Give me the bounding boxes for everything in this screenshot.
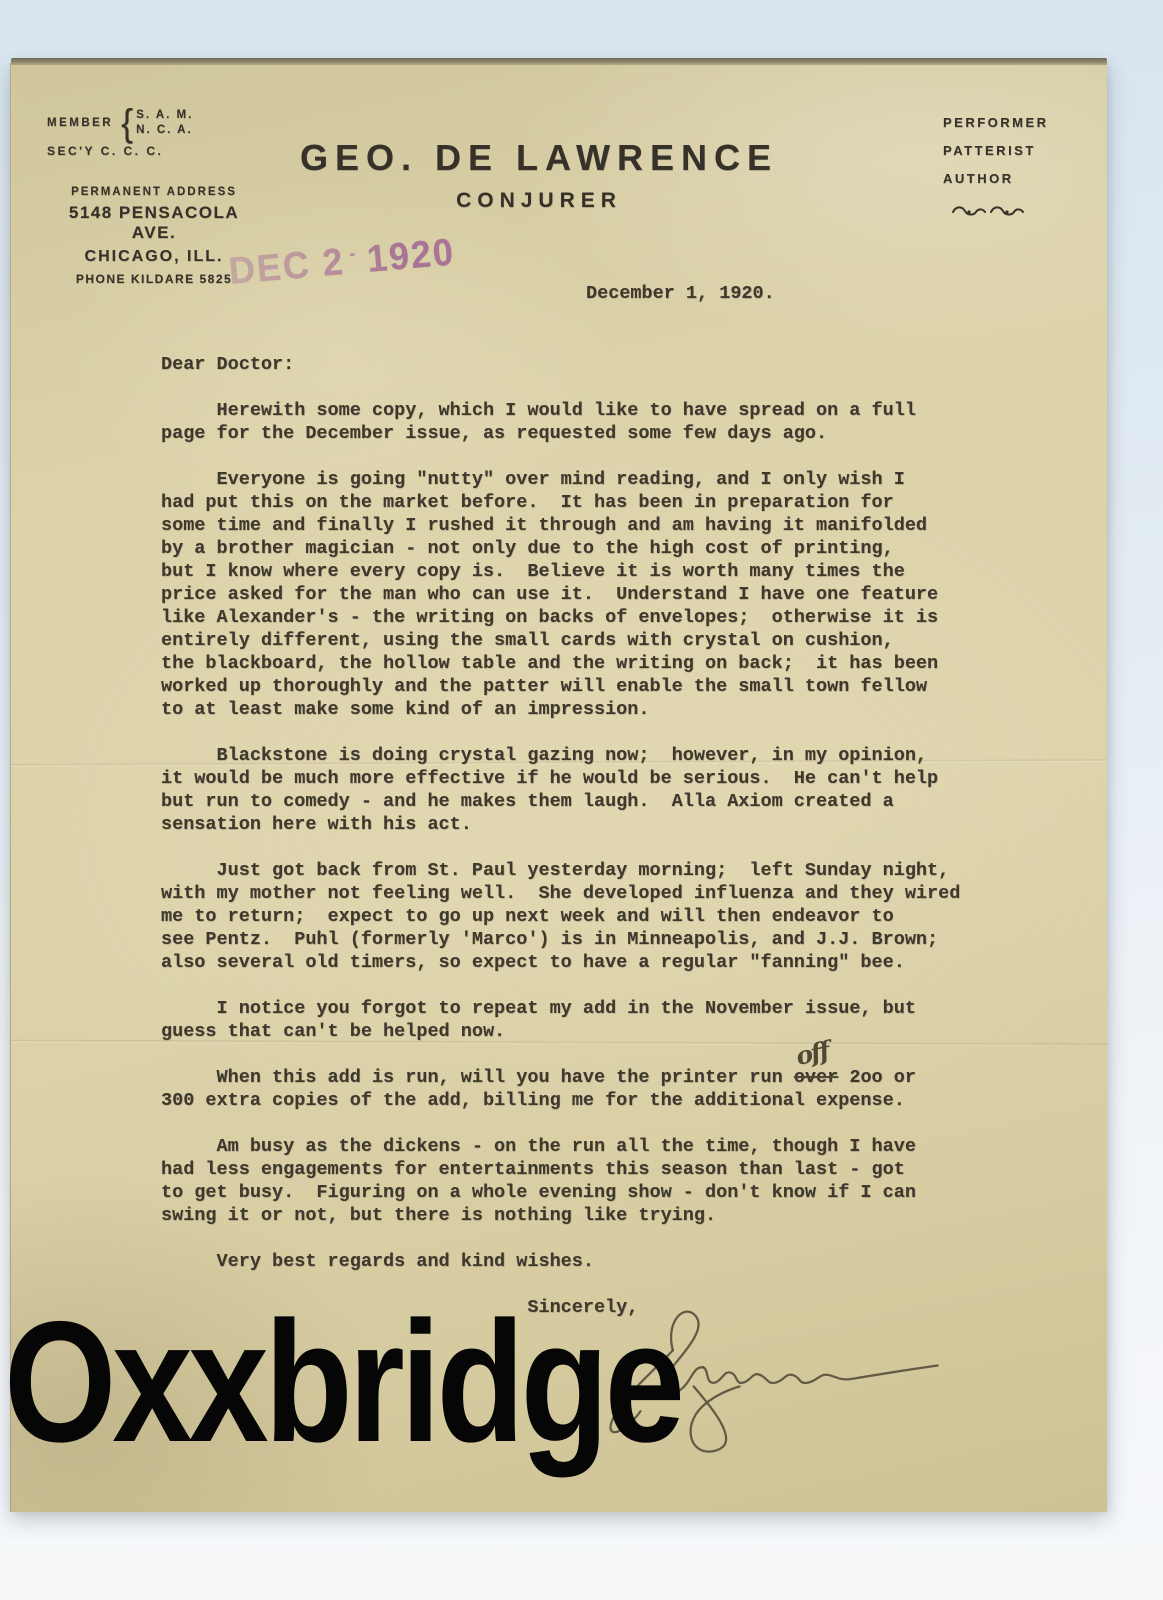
brace-glyph: { [121, 106, 133, 140]
typed-line: some time and finally I rushed it throug… [161, 514, 960, 537]
member-orgs: S. A. M. N. C. A. [136, 108, 193, 138]
typed-line [161, 721, 960, 744]
letter-body: Dear Doctor: Herewith some copy, which I… [161, 353, 960, 1319]
typed-line [161, 376, 960, 399]
stamp-year: 1920 [365, 231, 456, 281]
typed-line: sensation here with his act. [161, 813, 960, 836]
typed-line: had less engagements for entertainments … [161, 1158, 960, 1181]
stamp-month-day: DEC 2 [227, 241, 346, 293]
member-label: MEMBER [47, 117, 113, 129]
typed-line: but I know where every copy is. Believe … [161, 560, 960, 583]
typed-line: When this add is run, will you have the … [161, 1066, 960, 1089]
typed-text: 2oo or [838, 1067, 916, 1088]
typed-line: me to return; expect to go up next week … [161, 905, 960, 928]
typed-line [161, 1112, 960, 1135]
stamp-mark: - [349, 243, 358, 264]
role-patterist: PATTERIST [943, 137, 1049, 165]
typed-line [161, 1043, 960, 1066]
typed-text: When this add is run, will you have the … [161, 1067, 794, 1088]
typed-line [161, 974, 960, 997]
typed-line: Herewith some copy, which I would like t… [161, 399, 960, 422]
typed-line: also several old timers, so expect to ha… [161, 951, 960, 974]
typed-line: but run to comedy - and he makes them la… [161, 790, 960, 813]
role-author: AUTHOR [943, 165, 1049, 193]
typed-date: December 1, 1920. [586, 283, 775, 304]
typed-line [161, 445, 960, 468]
letterhead-right: PERFORMER PATTERIST AUTHOR [943, 109, 1049, 224]
typed-line: the blackboard, the hollow table and the… [161, 652, 960, 675]
member-org-sam: S. A. M. [136, 108, 193, 123]
typed-line: worked up thoroughly and the patter will… [161, 675, 960, 698]
membership-line: MEMBER { S. A. M. N. C. A. [47, 107, 261, 139]
letterhead-title: CONJURER [11, 189, 1067, 213]
typed-line: swing it or not, but there is nothing li… [161, 1204, 960, 1227]
typed-line: Just got back from St. Paul yesterday mo… [161, 859, 960, 882]
typed-line [161, 836, 960, 859]
scan-background: MEMBER { S. A. M. N. C. A. SEC'Y C. C. C… [0, 0, 1163, 1600]
member-org-nca: N. C. A. [136, 123, 193, 138]
typed-line: entirely different, using the small card… [161, 629, 960, 652]
typed-line: see Pentz. Puhl (formerly 'Marco') is in… [161, 928, 960, 951]
edit-wrap: overoff [794, 1066, 838, 1089]
typed-line: it would be much more effective if he wo… [161, 767, 960, 790]
role-performer: PERFORMER [943, 109, 1049, 137]
typed-line: page for the December issue, as requeste… [161, 422, 960, 445]
letterhead-name: GEO. DE LAWRENCE [11, 137, 1067, 179]
typed-line [161, 1227, 960, 1250]
typed-line: had put this on the market before. It ha… [161, 491, 960, 514]
typed-line: 300 extra copies of the add, billing me … [161, 1089, 960, 1112]
letterhead-center: GEO. DE LAWRENCE CONJURER [11, 137, 1067, 213]
typed-line: by a brother magician - not only due to … [161, 537, 960, 560]
watermark: Oxxbridge [4, 1296, 681, 1468]
typed-line: Everyone is going "nutty" over mind read… [161, 468, 960, 491]
typed-line: like Alexander's - the writing on backs … [161, 606, 960, 629]
typed-line: Very best regards and kind wishes. [161, 1250, 960, 1273]
typed-line: to at least make some kind of an impress… [161, 698, 960, 721]
typed-line: Blackstone is doing crystal gazing now; … [161, 744, 960, 767]
typed-line: guess that can't be helped now. [161, 1020, 960, 1043]
typed-line: with my mother not feeling well. She dev… [161, 882, 960, 905]
typed-line: Dear Doctor: [161, 353, 960, 376]
handwritten-insertion: off [794, 1039, 830, 1068]
flourish-icon [949, 203, 1027, 219]
typed-line: I notice you forgot to repeat my add in … [161, 997, 960, 1020]
typed-line: to get busy. Figuring on a whole evening… [161, 1181, 960, 1204]
received-date-stamp: DEC 2-1920 [227, 231, 456, 294]
typed-line: price asked for the man who can use it. … [161, 583, 960, 606]
typed-line: Am busy as the dickens - on the run all … [161, 1135, 960, 1158]
